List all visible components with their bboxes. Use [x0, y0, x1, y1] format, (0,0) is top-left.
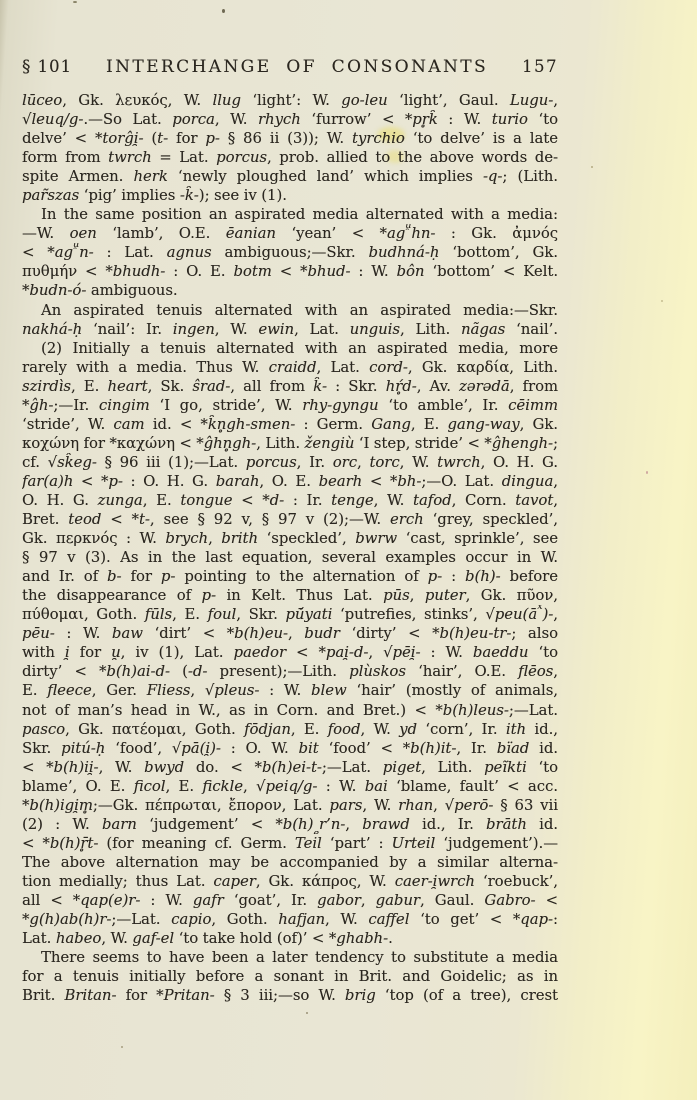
paper-speck	[306, 1012, 308, 1014]
text-line: ‘stride’, W. cam id. < *k̂n̥gh-smen- : G…	[22, 415, 558, 434]
text-line: the disappearance of p- in Kelt. Thus La…	[22, 586, 558, 605]
paper-speck	[222, 9, 225, 13]
running-header: § 101 INTERCHANGE OF CONSONANTS 157	[22, 57, 558, 78]
text-line: An aspirated tenuis alternated with an a…	[22, 301, 558, 320]
text-line: Bret. teod < *t-, see § 92 v, § 97 v (2)…	[22, 510, 558, 529]
text-line: *g(h)ab(h)r-;—Lat. capio, Goth. hafjan, …	[22, 910, 558, 929]
text-line: O. H. G. zunga, E. tongue < *d- : Ir. te…	[22, 491, 558, 510]
text-line: lūceo, Gk. λευκός, W. llug ‘light’: W. g…	[22, 91, 558, 110]
text-line: spite Armen. herk ‘newly ploughed land’ …	[22, 167, 558, 186]
section-number: § 101	[22, 57, 72, 76]
text-line: delve’ < *torĝi̯- (t- for p- § 86 ii (3)…	[22, 129, 558, 148]
text-line: cf. √sk̂eg- § 96 iii (1);—Lat. porcus, I…	[22, 453, 558, 472]
text-line: The above alternation may be accompanied…	[22, 853, 558, 872]
text-line: πύθομαι, Goth. fūls, E. foul, Skr. pū́ya…	[22, 605, 558, 624]
text-line: Gk. περκνός : W. brych, brith ‘speckled’…	[22, 529, 558, 548]
text-line: with i̯ for u̯, iv (1), Lat. paedor < *p…	[22, 643, 558, 662]
body-text: lūceo, Gk. λευκός, W. llug ‘light’: W. g…	[22, 91, 558, 1005]
text-line: *b(h)igi̯m̥;—Gk. πέπρωται, ἔπορον, Lat. …	[22, 796, 558, 815]
text-line: rarely with a media. Thus W. craidd, Lat…	[22, 358, 558, 377]
text-line: < *b(h)r̥̄t- (for meaning cf. Germ. Teil…	[22, 834, 558, 853]
text-line: κοχώνη for *καχώνη < *ĝhn̥gh-, Lith. žen…	[22, 434, 558, 453]
paper-speck	[121, 1046, 123, 1048]
text-line: In the same position an aspirated media …	[22, 205, 558, 224]
paper-speck	[646, 471, 648, 474]
text-line: Lat. habeo, W. gaf-el ‘to take hold (of)…	[22, 929, 558, 948]
running-title: INTERCHANGE OF CONSONANTS	[106, 57, 488, 77]
page-content: § 101 INTERCHANGE OF CONSONANTS 157 lūce…	[22, 57, 558, 1005]
text-line: √leuq/g-.—So Lat. porca, W. rhych ‘furro…	[22, 110, 558, 129]
text-line: πυθμήν < *bhudh- : O. E. botm < *bhud- :…	[22, 262, 558, 281]
book-page: § 101 INTERCHANGE OF CONSONANTS 157 lūce…	[0, 0, 697, 1100]
text-line: (2) Initially a tenuis alternated with a…	[22, 339, 558, 358]
text-line: all < *qap(e)r- : W. gafr ‘goat’, Ir. ga…	[22, 891, 558, 910]
text-line: far(a)h < *p- : O. H. G. barah, O. E. be…	[22, 472, 558, 491]
text-line: E. fleece, Ger. Fliess, √pleus- : W. ble…	[22, 681, 558, 700]
text-line: Brit. Britan- for *Pritan- § 3 iii;—so W…	[22, 986, 558, 1005]
text-line: for a tenuis initially before a sonant i…	[22, 967, 558, 986]
text-line: *ĝh-;—Ir. cingim ‘I go, stride’, W. rhy-…	[22, 396, 558, 415]
page-number: 157	[522, 57, 558, 76]
text-line: not of man’s head in W., as in Corn. and…	[22, 701, 558, 720]
text-line: tion medially; thus Lat. caper, Gk. κάπρ…	[22, 872, 558, 891]
text-line: *budn-ó- ambiguous.	[22, 281, 558, 300]
text-line: There seems to have been a later tendenc…	[22, 948, 558, 967]
text-line: pasco, Gk. πατέομαι, Goth. fōdjan, E. fo…	[22, 720, 558, 739]
text-line: < *b(h)ii̯-, W. bwyd do. < *b(h)ei-t-;—L…	[22, 758, 558, 777]
text-line: and Ir. of b- for p- pointing to the alt…	[22, 567, 558, 586]
text-line: szirdìs, E. heart, Sk. ŝrad-, all from k…	[22, 377, 558, 396]
text-line: —W. oen ‘lamb’, O.E. ēanian ‘yean’ < *ag…	[22, 224, 558, 243]
text-line: (2) : W. barn ‘judgement’ < *b(h)er’n-, …	[22, 815, 558, 834]
text-line: pēu- : W. baw ‘dirt’ < *b(h)eu-, budr ‘d…	[22, 624, 558, 643]
text-line: blame’, O. E. ficol, E. fickle, √peiq/g-…	[22, 777, 558, 796]
paper-speck	[661, 300, 663, 302]
text-line: dirty’ < *b(h)ai-d- (-d- present);—Lith.…	[22, 662, 558, 681]
text-line: par̃szas ‘pig’ implies -k̂-); see iv (1)…	[22, 186, 558, 205]
text-line: Skr. pitú-ḥ ‘food’, √pā(i̯)- : O. W. bit…	[22, 739, 558, 758]
text-line: form from twrch = Lat. porcus, prob. all…	[22, 148, 558, 167]
paper-speck	[73, 1, 77, 3]
text-line: § 97 v (3). As in the last equation, sev…	[22, 548, 558, 567]
text-line: nakhá-ḥ ‘nail’: Ir. ingen, W. ewin, Lat.…	[22, 320, 558, 339]
text-line: < *agu̯n- : Lat. agnus ambiguous;—Skr. b…	[22, 243, 558, 262]
paper-speck	[591, 166, 593, 168]
